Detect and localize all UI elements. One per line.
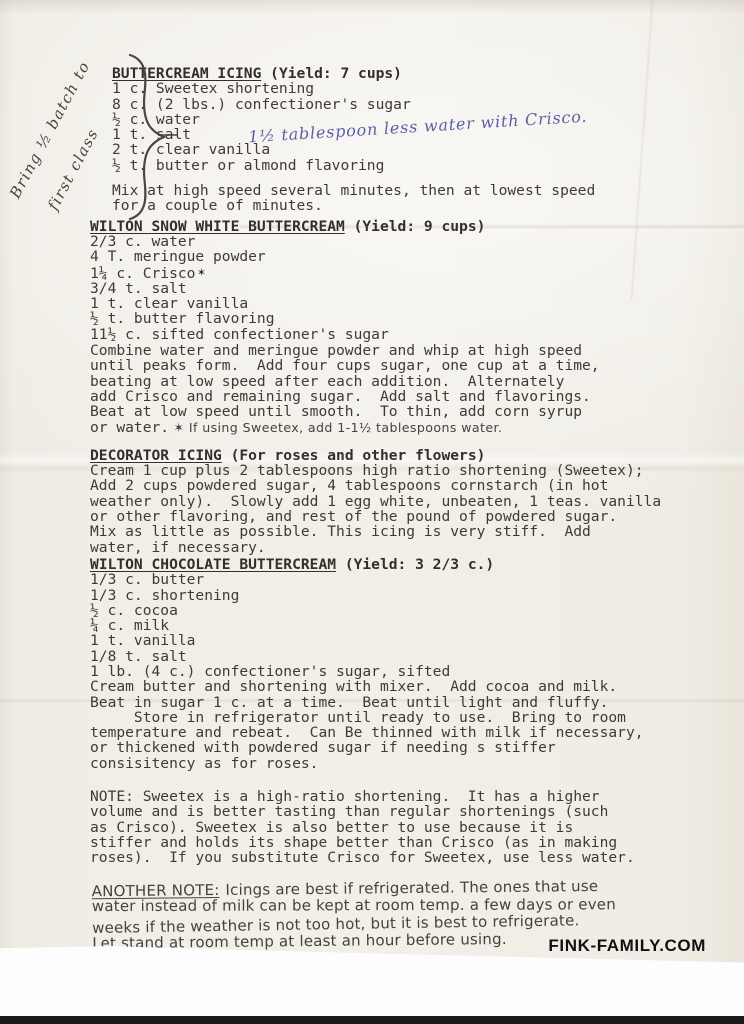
ingredient-line: 1 t. clear vanilla bbox=[90, 296, 744, 311]
instruction-line: weather only). Slowly add 1 egg white, u… bbox=[90, 494, 744, 509]
instruction-line: Cream 1 cup plus 2 tablespoons high rati… bbox=[90, 463, 744, 478]
ingredient-line: ½ c. cocoa bbox=[90, 603, 744, 618]
ingredient-line: ½ t. butter flavoring bbox=[90, 311, 744, 326]
recipe-yield: (Yield: 3 2/3 c.) bbox=[345, 556, 494, 573]
ingredient-line: ¼ c. milk bbox=[90, 618, 744, 633]
instruction-line: or water. ✶ If using Sweetex, add 1-1½ t… bbox=[90, 420, 744, 435]
note-line: volume and is better tasting than regula… bbox=[90, 804, 744, 819]
note-line: stiffer and holds its shape better than … bbox=[90, 835, 744, 850]
recipe-section-snow-white-buttercream: WILTON SNOW WHITE BUTTERCREAM(Yield: 9 c… bbox=[90, 219, 744, 435]
instruction-line: Store in refrigerator until ready to use… bbox=[90, 710, 744, 725]
scanner-edge-strip bbox=[0, 1016, 744, 1024]
instruction-line: Beat in sugar 1 c. at a time. Beat until… bbox=[90, 695, 744, 710]
instruction-text: or water. bbox=[90, 419, 169, 436]
ingredient-line: 1/8 t. salt bbox=[90, 649, 744, 664]
instruction-line: Beat at low speed until smooth. To thin,… bbox=[90, 404, 744, 419]
ingredient-line: 1 t. vanilla bbox=[90, 633, 744, 648]
margin-note-line: Bring ½ batch to bbox=[6, 58, 94, 201]
watermark-text: FINK-FAMILY.COM bbox=[548, 936, 706, 956]
instruction-line: add Crisco and remaining sugar. Add salt… bbox=[90, 389, 744, 404]
recipe-section-chocolate-buttercream: WILTON CHOCOLATE BUTTERCREAM(Yield: 3 2/… bbox=[90, 557, 744, 771]
note-section: NOTE: Sweetex is a high-ratio shortening… bbox=[90, 789, 744, 865]
instruction-line: or thickened with powdered sugar if need… bbox=[90, 740, 744, 755]
ingredient-line: 1¼ c. Crisco✶ bbox=[90, 265, 744, 281]
ingredient-line: 11½ c. sifted confectioner's sugar bbox=[90, 327, 744, 342]
recipe-section-decorator-icing: DECORATOR ICING(For roses and other flow… bbox=[90, 448, 744, 555]
ingredient-line: 4 T. meringue powder bbox=[90, 249, 744, 264]
instruction-line: beating at low speed after each addition… bbox=[90, 374, 744, 389]
instruction-line: temperature and rebeat. Can Be thinned w… bbox=[90, 725, 744, 740]
ingredient-text: 1¼ c. Crisco bbox=[90, 265, 195, 282]
note-line: NOTE: Sweetex is a high-ratio shortening… bbox=[90, 789, 744, 804]
instruction-line: or other flavoring, and rest of the poun… bbox=[90, 509, 744, 524]
instruction-line: Mix as little as possible. This icing is… bbox=[90, 524, 744, 539]
note-line: roses). If you substitute Crisco for Swe… bbox=[90, 850, 744, 865]
recipe-title-line: WILTON CHOCOLATE BUTTERCREAM(Yield: 3 2/… bbox=[90, 557, 744, 572]
instruction-line: consisitency as for roses. bbox=[90, 756, 744, 771]
ingredient-line: 1/3 c. shortening bbox=[90, 588, 744, 603]
recipe-yield: (Yield: 9 cups) bbox=[354, 218, 486, 235]
instruction-line: Cream butter and shortening with mixer. … bbox=[90, 679, 744, 694]
handwritten-asterisk: ✶ bbox=[197, 265, 205, 280]
note-line: as Crisco). Sweetex is also better to us… bbox=[90, 820, 744, 835]
ingredient-line: 1 lb. (4 c.) confectioner's sugar, sifte… bbox=[90, 664, 744, 679]
instruction-line: until peaks form. Add four cups sugar, o… bbox=[90, 358, 744, 373]
instruction-line: water, if necessary. bbox=[90, 540, 744, 555]
handwritten-sweetex-note: ✶ If using Sweetex, add 1-1½ tablespoons… bbox=[169, 420, 502, 435]
ingredient-line: 1/3 c. butter bbox=[90, 572, 744, 587]
instruction-line: Combine water and meringue powder and wh… bbox=[90, 343, 744, 358]
ingredient-line: 3/4 t. salt bbox=[90, 281, 744, 296]
curly-brace-mark bbox=[122, 52, 174, 222]
recipe-title-line: DECORATOR ICING(For roses and other flow… bbox=[90, 448, 744, 463]
overtype-strike-mark bbox=[158, 134, 177, 136]
handwritten-margin-note: Bring ½ batch to first class bbox=[0, 0, 220, 240]
paper-sheet: BUTTERCREAM ICING(Yield: 7 cups) 1 c. Sw… bbox=[0, 0, 744, 1024]
instruction-line: Add 2 cups powdered sugar, 4 tablespoons… bbox=[90, 478, 744, 493]
